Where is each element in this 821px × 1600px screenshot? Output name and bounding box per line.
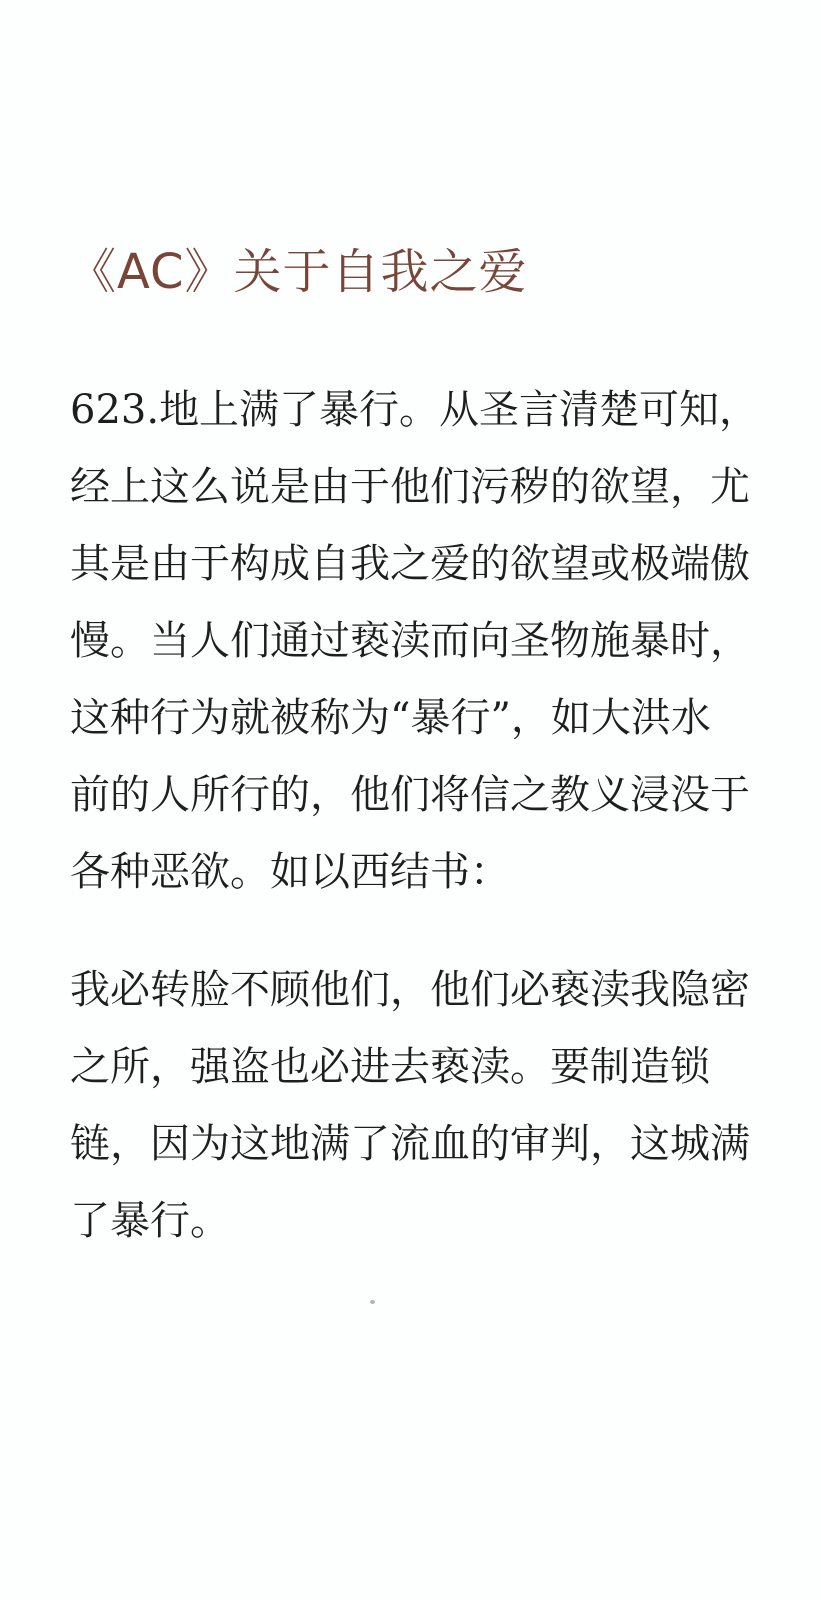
paragraph-main: 623.地上满了暴行。从圣言清楚可知， 经上这么说是由于他们污秽的欲望，尤 其是…	[70, 372, 765, 911]
text-line: 我必转脸不顾他们，他们必亵渎我隐密	[70, 952, 765, 1029]
text-line: 这种行为就被称为“暴行”，如大洪水	[70, 680, 765, 757]
text-line: 链，因为这地满了流血的审判，这城满	[70, 1106, 765, 1183]
text-line: 经上这么说是由于他们污秽的欲望，尤	[70, 449, 765, 526]
text-line: 慢。当人们通过亵渎而向圣物施暴时，	[70, 603, 765, 680]
text-line: 前的人所行的，他们将信之教义浸没于	[70, 757, 765, 834]
paragraph-quote: 我必转脸不顾他们，他们必亵渎我隐密 之所，强盗也必进去亵渎。要制造锁 链，因为这…	[70, 952, 765, 1260]
text-line: 623.地上满了暴行。从圣言清楚可知，	[70, 372, 765, 449]
page-title: 《AC》关于自我之爱	[68, 246, 528, 299]
text-line: 之所，强盗也必进去亵渎。要制造锁	[70, 1029, 765, 1106]
text-line: 各种恶欲。如以西结书：	[70, 834, 765, 911]
speck-artifact	[370, 1300, 375, 1304]
text-line: 了暴行。	[70, 1183, 765, 1260]
text-line: 其是由于构成自我之爱的欲望或极端傲	[70, 526, 765, 603]
article-page: 《AC》关于自我之爱 623.地上满了暴行。从圣言清楚可知， 经上这么说是由于他…	[0, 0, 821, 1600]
